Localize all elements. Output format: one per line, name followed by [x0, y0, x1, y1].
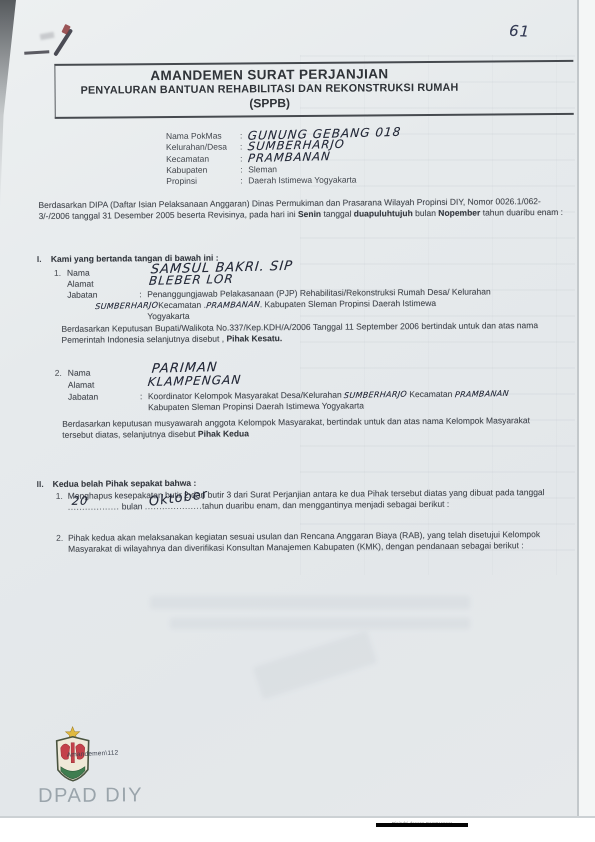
field-row-propinsi: Propinsi:Daerah Istimewa Yogyakarta [166, 169, 401, 182]
person2-jabatan-line2: Kabupaten Sleman Propinsi Daerah Istimew… [148, 400, 364, 413]
title-block: AMANDEMEN SURAT PERJANJIAN PENYALURAN BA… [55, 63, 483, 112]
handwritten-date: 20 [71, 496, 89, 508]
title-box: AMANDEMEN SURAT PERJANJIAN PENYALURAN BA… [54, 60, 573, 119]
section1-number: I. [37, 254, 42, 264]
person2-basis-paragraph: Berdasarkan keputusan musyawarah anggota… [62, 415, 540, 441]
faint-pencil-smudge [40, 32, 55, 40]
jabatan-text: . Kabupaten Sleman Propinsi Daerah Istim… [260, 298, 436, 309]
colon: : [139, 289, 141, 300]
document-content: 61 AMANDEMEN SURAT PERJANJIAN PENYALURAN… [0, 0, 595, 842]
dotted-blank-date: ..................20 [68, 502, 120, 514]
redaction-bar [376, 823, 468, 827]
person1-number: 1. [54, 268, 61, 278]
person1-basis-paragraph: Berdasarkan Keputusan Bupati/Walikota No… [61, 320, 551, 346]
field-label: Propinsi [166, 176, 240, 187]
section2-heading: Kedua belah Pihak sepakat bahwa : [53, 478, 197, 490]
document-abbreviation: (SPPB) [56, 95, 484, 112]
handwritten-kecamatan: PRAMBANAN [205, 299, 260, 312]
basis-text: Berdasarkan Keputusan Bupati/Walikota No… [61, 320, 538, 345]
handwritten-kecamatan: PRAMBANAN [454, 388, 509, 401]
item2-number: 2. [56, 533, 63, 543]
colon: : [140, 391, 142, 402]
person1-jabatan-line2: SUMBERHARJOKecamatan .PRAMBANAN. Kabupat… [95, 298, 436, 312]
intro-text: tahun duaribu enam : [480, 207, 563, 218]
pihak-kedua-bold: Pihak Kedua [198, 429, 249, 439]
item1-text: bulan [119, 501, 145, 511]
stamp-filename-text: Amandemen\112 [67, 750, 119, 759]
item1-paragraph: Menghapus kesepakatan butir 2 dan butir … [68, 487, 574, 514]
person1-nama-label: Nama [67, 268, 90, 279]
field-colon: : [240, 176, 248, 186]
intro-text: tanggal [321, 209, 354, 219]
handwritten-kelurahan: SUMBERHARJO [343, 389, 407, 402]
item1-text: tahun duaribu enam, dan menggantinya men… [202, 499, 449, 511]
jabatan-text: Kecamatan . [158, 300, 206, 310]
person2-alamat-handwritten: KLAMPENGAN [147, 373, 242, 389]
person2-number: 2. [55, 368, 62, 378]
jabatan-text: Koordinator Kelompok Masyarakat Desa/Kel… [148, 390, 344, 402]
item1-number: 1. [56, 491, 63, 501]
scanner-watermark-bar: Dipindai dengan CamScanner [374, 819, 470, 829]
person2-nama-label: Nama [68, 368, 91, 379]
item2-paragraph: Pihak kedua akan melaksanakan kegiatan s… [68, 529, 574, 556]
pencil-dash-mark [24, 50, 49, 54]
person1-jabatan-line3: Yogyakarta [147, 311, 189, 323]
person2-alamat-label: Alamat [68, 380, 95, 392]
basis-text: Berdasarkan keputusan musyawarah anggota… [62, 415, 530, 440]
dotted-blank-month: ....................Oktober [145, 501, 202, 513]
intro-text: bulan [413, 208, 439, 218]
intro-date-bold: duapuluhtujuh [354, 208, 413, 218]
pihak-kesatu-bold: Pihak Kesatu. [226, 333, 282, 343]
person1-alamat-handwritten: BLEBER LOR [148, 272, 234, 288]
jabatan-text: Kecamatan [407, 389, 455, 399]
intro-day-bold: Senin [298, 209, 321, 219]
section2-number: II. [37, 479, 44, 489]
person2-jabatan-label: Jabatan [68, 392, 98, 404]
person1-jabatan-label: Jabatan [67, 290, 97, 302]
corner-page-number: 61 [509, 22, 531, 41]
dpad-diy-watermark: DPAD DIY [38, 784, 143, 808]
scanned-document-page: 61 AMANDEMEN SURAT PERJANJIAN PENYALURAN… [0, 0, 595, 842]
person1-alamat-label: Alamat [67, 279, 94, 291]
printed-value: Daerah Istimewa Yogyakarta [248, 175, 356, 186]
header-fields: Nama PokMas:GUNUNG GEBANG 018 Kelurahan/… [166, 124, 402, 182]
intro-month-bold: Nopember [438, 208, 480, 218]
intro-paragraph: Berdasarkan DIPA (Daftar Isian Pelaksana… [38, 196, 564, 223]
